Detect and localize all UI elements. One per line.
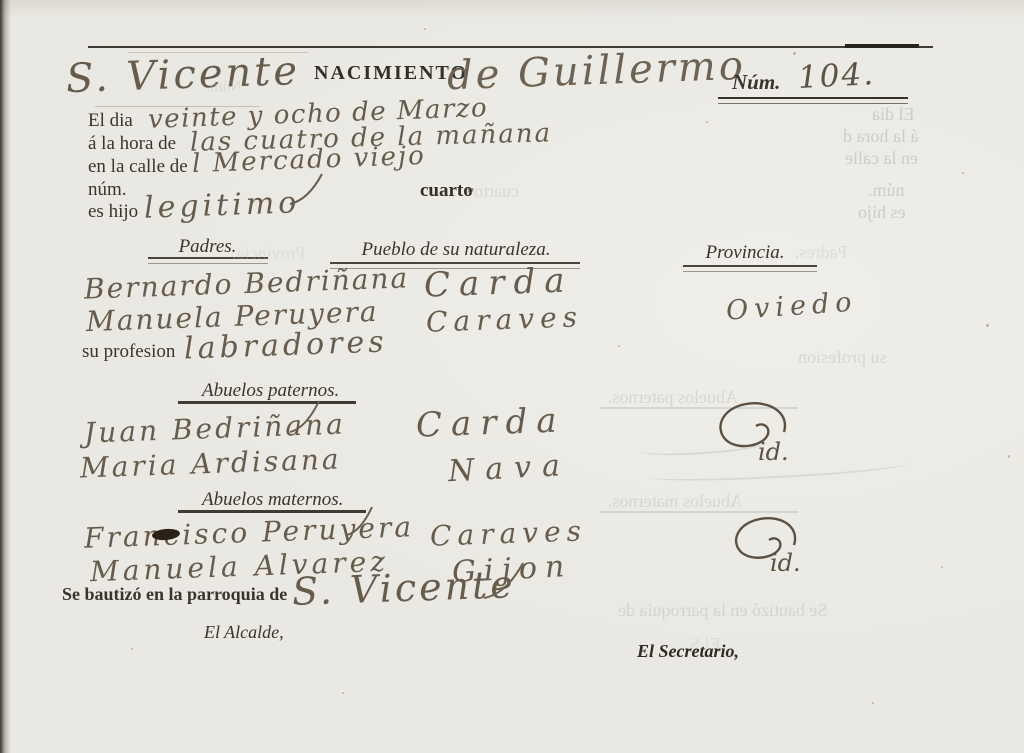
ghost-legitimacy-label: es hijo	[858, 202, 906, 223]
paper-speck	[706, 121, 708, 123]
paper-speck	[962, 172, 964, 174]
paper-speck	[872, 702, 874, 704]
paternal-underline	[178, 401, 356, 404]
hour-label: á la hora de	[88, 133, 176, 155]
ghost-profession-label: su profesion	[798, 347, 887, 368]
floor-label: cuarto	[420, 180, 473, 202]
idem-text: id.	[770, 549, 801, 577]
flourish-stroke	[482, 560, 526, 600]
scanned-birth-record-page: S. Vicente Núm. NACIMIENTO de Guillermo …	[0, 0, 1024, 753]
ghost-maternal-header: Abuelos maternos.	[608, 491, 743, 512]
parish-name-handwritten: S. Vicente	[65, 48, 300, 102]
paternal-grandmother-handwritten: Maria Ardisana	[80, 442, 343, 484]
paper-speck	[986, 324, 989, 327]
paper-speck	[424, 28, 426, 30]
number-label: núm.	[88, 179, 127, 201]
column-header-pueblo: Pueblo de su naturaleza.	[336, 239, 576, 261]
street-label: en la calle de	[88, 156, 188, 178]
flourish-stroke	[288, 398, 322, 434]
maternal-header: Abuelos maternos.	[202, 489, 343, 511]
ghost-number-label: núm.	[868, 180, 905, 201]
paper-speck	[618, 345, 620, 347]
profession-value-handwritten: labradores	[183, 324, 388, 366]
maternal-grandfather-pueblo-handwritten: Caraves	[429, 514, 587, 552]
baptism-label: Se bautizó en la parroquia de	[62, 584, 287, 605]
paper-speck	[1008, 455, 1010, 458]
record-number-value: 104.	[797, 56, 876, 96]
paper-speck	[941, 566, 943, 568]
top-rule-thick-end	[845, 44, 919, 48]
flourish-stroke	[345, 505, 375, 537]
day-label: El dia	[88, 110, 133, 132]
paternal-grandmother-pueblo-handwritten: Nava	[447, 448, 572, 489]
legitimacy-label: es hijo	[88, 201, 138, 223]
ghost-hour-label: á la hora d	[843, 126, 918, 147]
column-header-provincia: Provincia.	[690, 242, 800, 264]
ghost-baptism-label: Se bautizó en la parroquia de	[618, 600, 827, 621]
record-number-underline	[718, 97, 908, 104]
ghost-day-label: El dia	[872, 104, 915, 125]
form-title: NACIMIENTO	[314, 62, 468, 85]
paper-speck	[793, 52, 796, 55]
ghost-num-label: Núm.	[206, 78, 242, 96]
flourish-stroke	[288, 172, 326, 206]
paper-speck	[342, 692, 344, 694]
paternal-grandfather-pueblo-handwritten: Carda	[415, 400, 566, 445]
profession-label: su profesion	[82, 341, 175, 363]
ghost-street-label: en la calle	[845, 148, 918, 169]
father-pueblo-handwritten: Carda	[423, 260, 574, 305]
maternal-provincia-idem: id.	[722, 513, 827, 585]
provincia-value-handwritten: Oviedo	[725, 286, 858, 326]
ghost-cuarto: cuarto	[474, 181, 519, 202]
mother-pueblo-handwritten: Caraves	[425, 300, 583, 338]
ghost-padres-header: Padres.	[795, 242, 848, 263]
secretario-label: El Secretario,	[637, 641, 739, 662]
ghost-provincia-header: Provincia.	[232, 243, 306, 264]
alcalde-label: El Alcalde,	[204, 622, 284, 643]
provincia-underline	[683, 265, 817, 272]
legitimacy-value-handwritten: legitimo	[143, 185, 300, 225]
paper-speck	[131, 648, 133, 650]
child-name-handwritten: de Guillermo	[446, 43, 746, 99]
record-number-label: Núm.	[732, 70, 780, 95]
top-rule	[88, 46, 933, 48]
